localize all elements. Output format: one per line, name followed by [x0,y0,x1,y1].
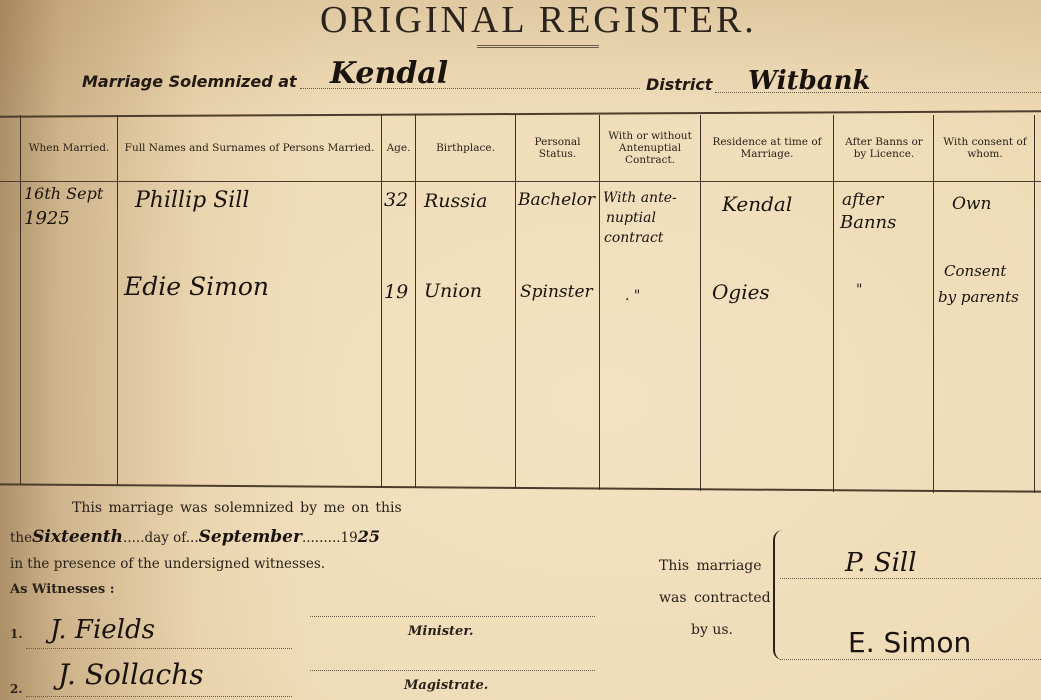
solemnized-label: Marriage Solemnized at [82,72,297,91]
witness-2-number: 2. [10,682,23,696]
day-of-label: .....day of... [123,530,199,546]
groom-birthplace: Russia [424,190,487,212]
groom-banns-line2: Banns [840,212,896,233]
bride-contract: . " [625,288,640,304]
solemnized-statement: This marriage was solemnized by me on th… [72,500,402,516]
register-page [0,0,1041,700]
when-married-date: 16th Sept [24,184,103,203]
col-divider [599,115,600,490]
page-title: ORIGINAL REGISTER. [320,0,757,42]
district-value: Witbank [748,66,871,96]
header-personal-status: Personal Status. [516,118,599,178]
groom-signature: P. Sill [845,548,917,578]
col-divider [1034,115,1035,493]
when-married-year: 1925 [24,208,70,229]
the-prefix: the [10,530,32,546]
header-banns-licence: After Banns or by Licence. [840,118,928,178]
witness-1-signature: J. Fields [50,615,155,645]
solemnized-value: Kendal [330,56,448,91]
groom-contract-line1: With ante- [603,190,677,206]
header-antenuptial-contract: With or without Antenuptial Contract. [604,118,696,178]
day-value: Sixteenth [32,527,123,547]
contracted-line2: was contracted [659,590,771,606]
groom-name: Phillip Sill [135,188,249,213]
bride-consent-line1: Consent [944,262,1006,280]
magistrate-line [310,670,595,671]
header-residence: Residence at time of Marriage. [712,118,822,178]
signature-1-line [780,578,1041,579]
bride-banns: " [856,282,862,298]
groom-residence: Kendal [722,192,792,216]
header-when-married: When Married. [21,118,117,178]
header-birthplace: Birthplace. [416,118,515,178]
col-divider [700,115,701,491]
district-label: District [646,75,712,94]
signature-2-line [780,659,1041,660]
minister-line [310,616,595,617]
date-line: theSixteenth.....day of...September.....… [10,527,380,547]
witness-2-signature: J. Sollachs [58,658,204,691]
bride-age: 19 [384,281,408,303]
title-underline [477,45,599,48]
contracted-line3: by us. [691,622,733,638]
header-full-names: Full Names and Surnames of Persons Marri… [118,118,381,178]
witness-1-number: 1. [10,627,23,641]
groom-consent: Own [952,194,991,214]
year-prefix: .........19 [302,530,358,546]
groom-banns-line1: after [842,190,883,210]
groom-contract-line2: nuptial [606,210,656,226]
witness-2-line [26,696,292,697]
witness-1-line [26,648,292,649]
col-divider [833,115,834,492]
year-value: 25 [358,527,380,546]
bride-status: Spinster [520,282,593,302]
brace [773,530,785,660]
header-consent: With consent of whom. [940,118,1030,178]
bride-signature: E. Simon [848,626,971,659]
magistrate-label: Magistrate. [404,678,488,693]
bride-consent-line2: by parents [938,288,1019,306]
groom-status: Bachelor [518,190,595,210]
minister-label: Minister. [408,624,474,639]
groom-age: 32 [384,189,408,211]
bride-birthplace: Union [424,280,482,302]
groom-contract-line3: contract [604,230,663,246]
header-age: Age. [382,118,415,178]
contracted-line1: This marriage [659,558,762,574]
witnesses-label: As Witnesses : [10,582,115,597]
bride-residence: Ogies [712,280,770,304]
table-header-rule [0,181,1041,182]
bride-name: Edie Simon [124,272,269,301]
month-value: September [199,527,302,547]
presence-statement: in the presence of the undersigned witne… [10,556,325,572]
col-divider [933,115,934,493]
